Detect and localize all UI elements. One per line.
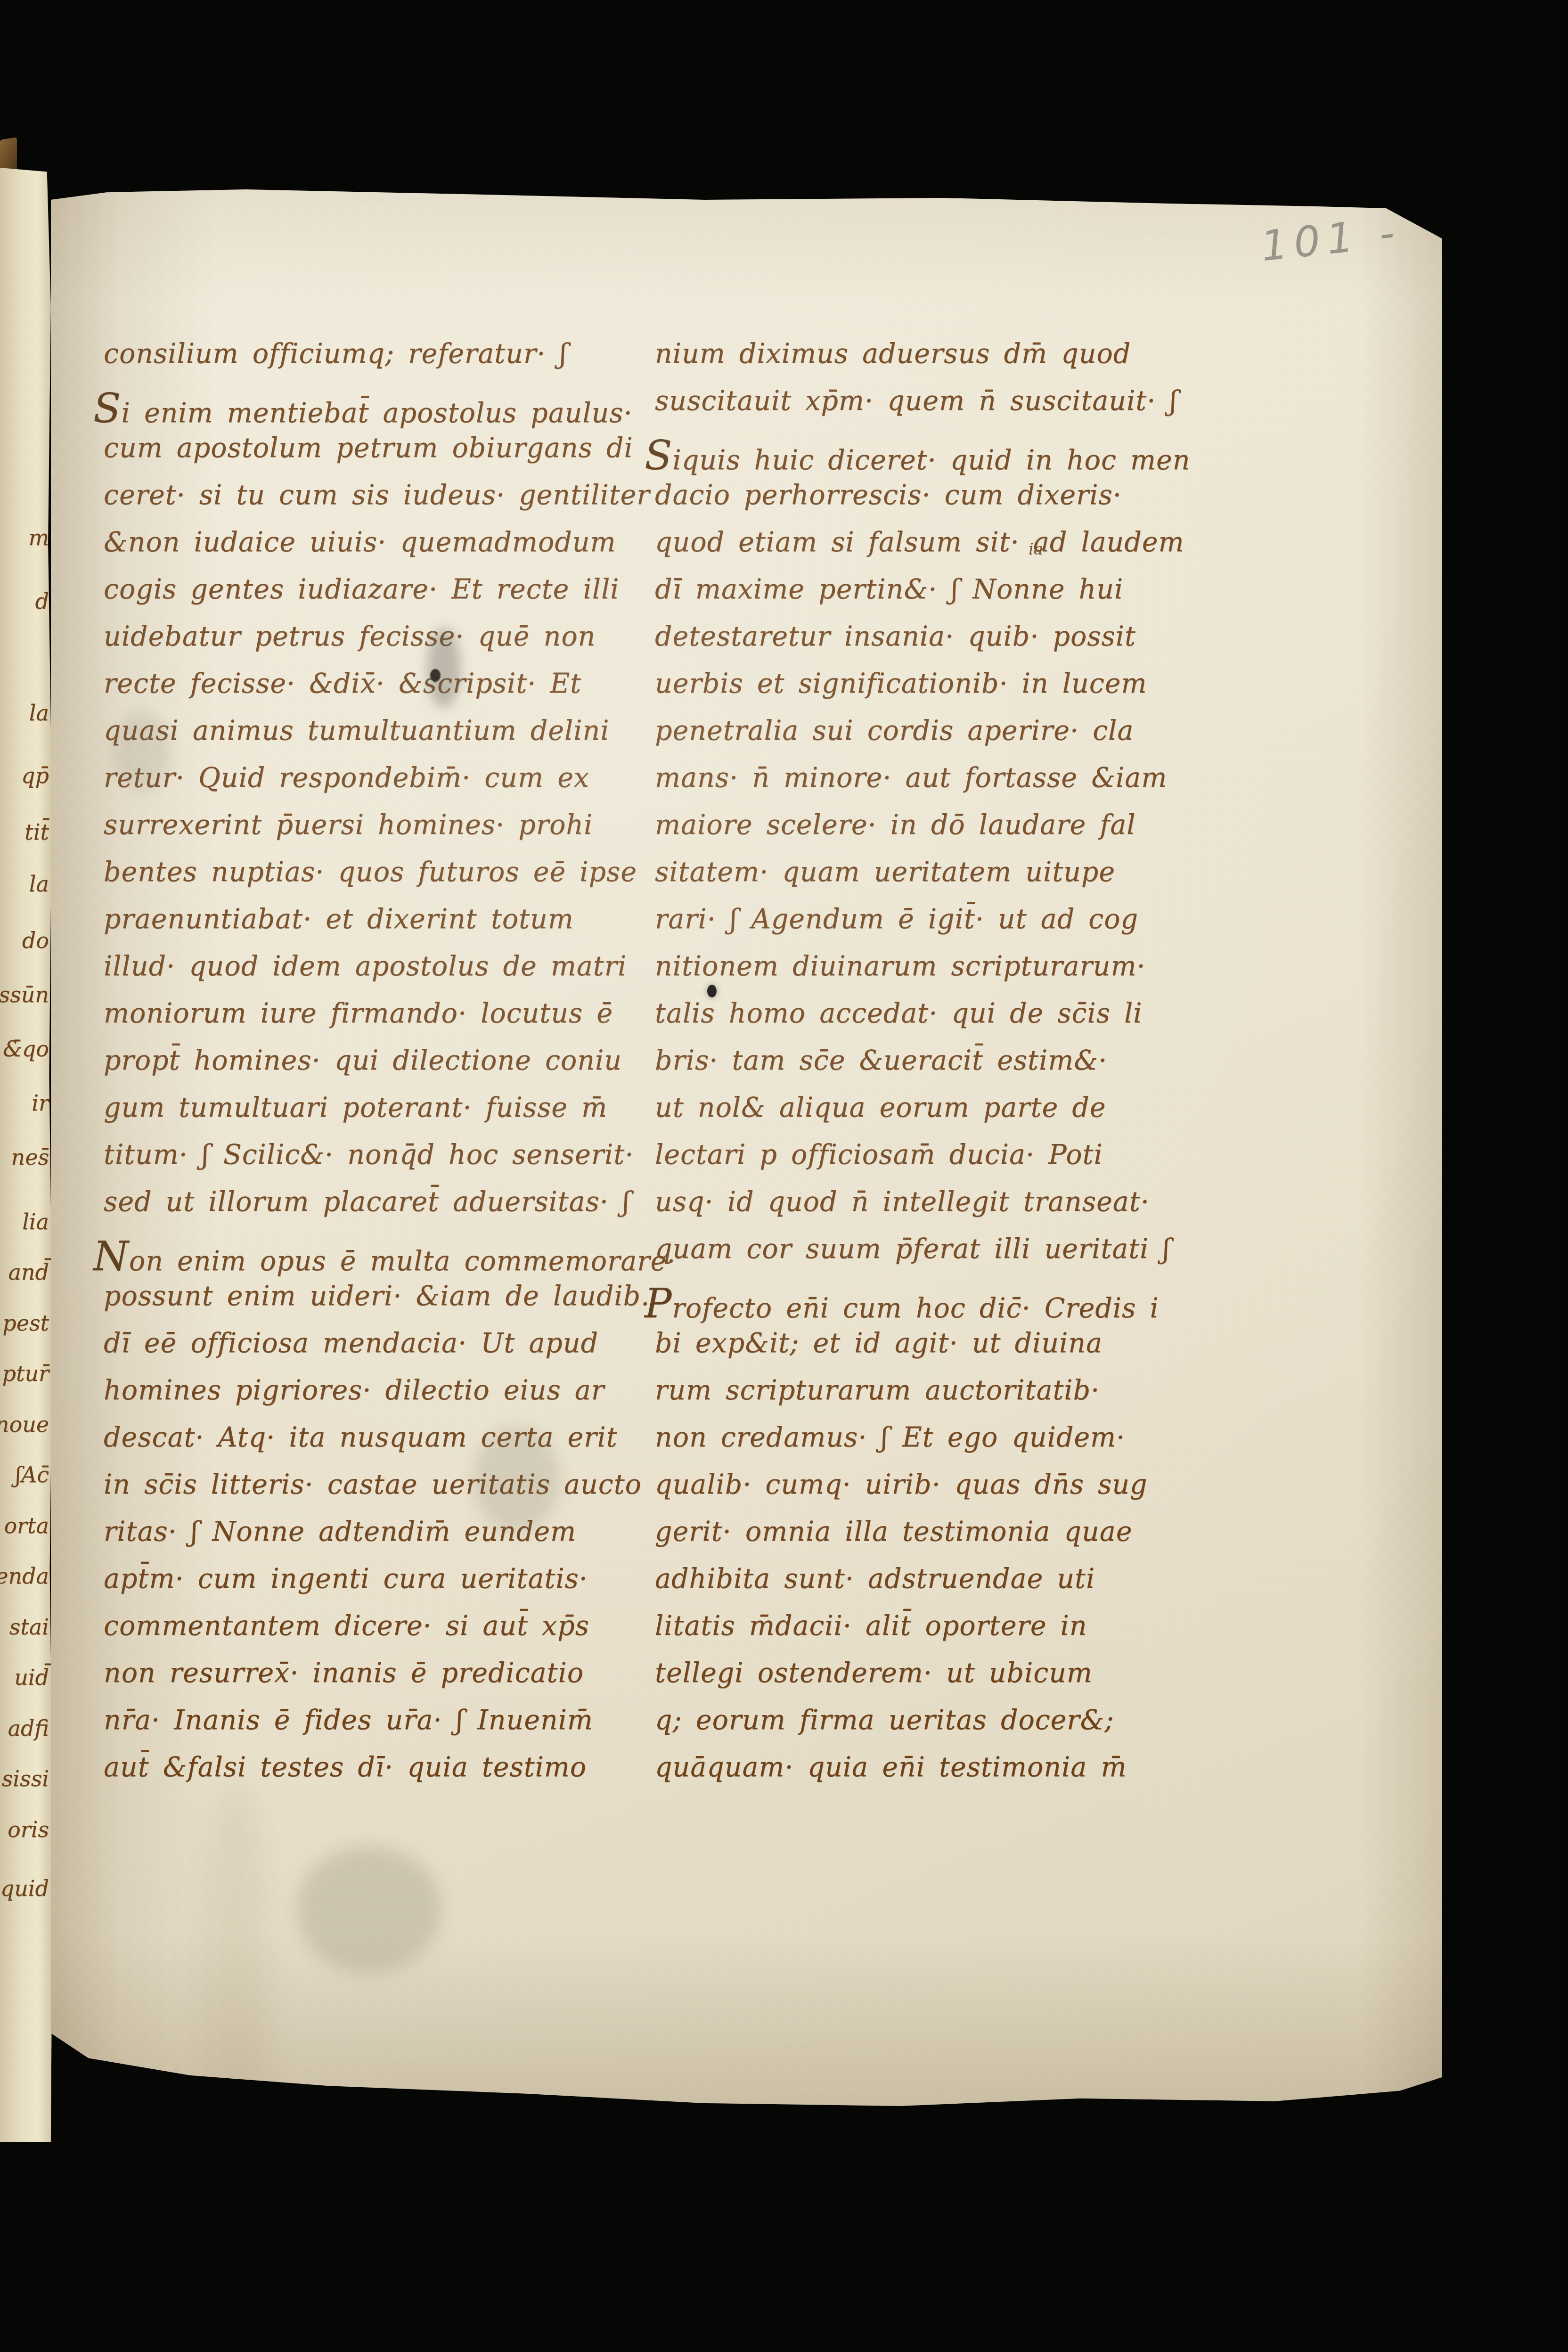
- margin-fragment: lia: [22, 1209, 49, 1234]
- text-line: non resurrex̄· inanis ē predicatio: [104, 1658, 624, 1705]
- margin-fragment: pest: [2, 1310, 49, 1336]
- text-line: illud· quod idem apostolus de matri: [104, 951, 624, 998]
- text-line: quasi animus tumultuantium delini: [104, 715, 624, 762]
- text-line: commentantem dicere· si aut̄ xp̄s: [104, 1610, 624, 1658]
- text-line: Si enim mentiebat̄ apostolus paulus·: [104, 385, 624, 433]
- margin-fragment: adfi: [8, 1715, 49, 1741]
- margin-fragment: ssūn: [0, 982, 49, 1007]
- margin-fragment: la: [29, 700, 49, 726]
- text-line: quod etiam si falsum sit· ad laudem: [655, 527, 1201, 574]
- text-line: quam cor suum p̄ferat illi ueritati ʃ: [655, 1233, 1201, 1281]
- stain: [199, 1780, 270, 2213]
- text-line: penetralia sui cordis aperire· cla: [655, 715, 1201, 762]
- text-line: tellegi ostenderem· ut ubicum: [655, 1658, 1201, 1705]
- margin-fragment: orta: [4, 1513, 49, 1538]
- margin-fragment: oris: [8, 1817, 49, 1842]
- parchment-hole: [707, 985, 717, 997]
- text-line: maiore scelere· in dō laudare fal: [655, 809, 1201, 857]
- text-line: Non enim opus ē multa commemorare·: [104, 1233, 624, 1281]
- text-line: aut̄ &falsi testes dī· quia testimo: [104, 1752, 624, 1799]
- margin-fragment: stai: [9, 1614, 49, 1640]
- text-line: recte fecisse· &dix̄· &scripsit· Et: [104, 668, 624, 715]
- text-line: litatis m̄dacii· alit̄ oportere in: [655, 1610, 1201, 1658]
- text-line: uerbis et significationib· in lucem: [655, 668, 1201, 715]
- text-line: consilium officiumq; referatur· ʃ: [104, 338, 624, 385]
- stain: [473, 1427, 560, 1533]
- text-line: Siquis huic diceret· quid in hoc men: [655, 433, 1201, 480]
- margin-fragment: ptur̄: [2, 1361, 49, 1386]
- manuscript-page: 101 - consilium officiumq; referatur· ʃS…: [51, 188, 1442, 2106]
- margin-fragment: d: [35, 588, 49, 614]
- folio-number: 101 -: [1258, 208, 1403, 271]
- text-line: adhibita sunt· adstruendae uti: [655, 1563, 1201, 1610]
- interlinear-gloss: ia: [1029, 540, 1043, 559]
- text-line: nium diximus aduersus dm̄ quod: [655, 338, 1201, 385]
- ink-smear: [427, 628, 461, 708]
- text-line: nitionem diuinarum scripturarum·: [655, 951, 1201, 998]
- margin-fragment: ir: [32, 1090, 49, 1116]
- text-line: ceret· si tu cum sis iudeus· gentiliter: [104, 480, 624, 527]
- margin-fragment: do: [22, 928, 49, 953]
- margin-fragment: quid: [0, 1876, 49, 1901]
- text-line: ritas· ʃ Nonne adtendim̄ eundem: [104, 1516, 624, 1563]
- text-line: uidebatur petrus fecisse· quē non: [104, 621, 624, 668]
- margin-fragment: tit̄: [24, 819, 49, 845]
- margin-fragment: uid̄: [14, 1665, 49, 1690]
- text-line: gum tumultuari poterant· fuisse m̄: [104, 1092, 624, 1139]
- text-line: bris· tam sc̄e &ueracit̄ estim&·: [655, 1045, 1201, 1092]
- text-line: mans· n̄ minore· aut fortasse &iam: [655, 762, 1201, 809]
- text-line: &non iudaice uiuis· quemadmodum: [104, 527, 624, 574]
- margin-fragment: noue: [0, 1412, 49, 1437]
- text-line: praenuntiabat· et dixerint totum: [104, 904, 624, 951]
- text-line: titum· ʃ Scilic&· nonq̄d hoc senserit·: [104, 1139, 624, 1186]
- text-line: Profecto en̄i cum hoc dic̄· Credis i: [655, 1281, 1201, 1328]
- stain: [112, 713, 171, 791]
- text-line: moniorum iure firmando· locutus ē: [104, 998, 624, 1045]
- text-line: bentes nuptias· quos futuros eē ipse: [104, 857, 624, 904]
- text-line: surrexerint p̄uersi homines· prohi: [104, 809, 624, 857]
- margin-fragment: m: [28, 525, 49, 550]
- margin-fragment: la: [29, 871, 49, 897]
- text-line: dacio perhorrescis· cum dixeris·: [655, 480, 1201, 527]
- stain: [296, 1846, 442, 1973]
- text-line: bi exp&it; et id agit· ut diuina: [655, 1328, 1201, 1375]
- text-line: homines pigriores· dilectio eius ar: [104, 1375, 624, 1422]
- text-line: usq· id quod n̄ intellegit transeat·: [655, 1186, 1201, 1233]
- text-line: cum apostolum petrum obiurgans di: [104, 433, 624, 480]
- margin-fragment: nes̄: [11, 1144, 49, 1170]
- facing-folio-edge: mdlaqp̄tit̄ladossūn&̄qoirnes̄liaand̄pest…: [0, 168, 55, 2142]
- text-line: cogis gentes iudiazare· Et recte illi: [104, 574, 624, 621]
- text-line: sitatem· quam ueritatem uitupe: [655, 857, 1201, 904]
- text-line: non credamus· ʃ Et ego quidem·: [655, 1422, 1201, 1469]
- text-line: apt̄m· cum ingenti cura ueritatis·: [104, 1563, 624, 1610]
- text-line: dī eē officiosa mendacia· Ut apud: [104, 1328, 624, 1375]
- ink-blot: [430, 669, 441, 682]
- margin-fragment: ʃAc̄: [16, 1462, 49, 1487]
- margin-fragment: enda: [0, 1563, 49, 1589]
- margin-fragment: qp̄: [21, 763, 49, 788]
- text-line: qualib· cumq· uirib· quas dn̄s sug: [655, 1469, 1201, 1516]
- text-line: possunt enim uideri· &iam de laudib.: [104, 1281, 624, 1328]
- margin-fragment: sissi: [2, 1766, 49, 1791]
- text-line: ut nol& aliqua eorum parte de: [655, 1092, 1201, 1139]
- text-line: rum scripturarum auctoritatib·: [655, 1375, 1201, 1422]
- text-line: rari· ʃ Agendum ē igit̄· ut ad cog: [655, 904, 1201, 951]
- margin-fragment: &̄qo: [3, 1036, 49, 1062]
- text-line: talis homo accedat· qui de sc̄is li: [655, 998, 1201, 1045]
- text-line: gerit· omnia illa testimonia quae: [655, 1516, 1201, 1563]
- text-column-right: nium diximus aduersus dm̄ quodsuscitauit…: [655, 338, 1201, 1799]
- text-column-left: consilium officiumq; referatur· ʃSi enim…: [104, 338, 624, 1799]
- text-line: nr̄a· Inanis ē fides ur̄a· ʃ Inuenim̄: [104, 1705, 624, 1752]
- text-line: q; eorum firma ueritas docer&;: [655, 1705, 1201, 1752]
- margin-fragment: and̄: [8, 1259, 49, 1285]
- text-line: lectari p officiosam̄ ducia· Poti: [655, 1139, 1201, 1186]
- text-line: propt̄ homines· qui dilectione coniu: [104, 1045, 624, 1092]
- text-line: quāquam· quia en̄i testimonia m̄: [655, 1752, 1201, 1799]
- manuscript-photo: mdlaqp̄tit̄ladossūn&̄qoirnes̄liaand̄pest…: [0, 0, 1568, 2352]
- text-line: retur· Quid respondebim̄· cum ex: [104, 762, 624, 809]
- text-line: sed ut illorum placaret̄ aduersitas· ʃ: [104, 1186, 624, 1233]
- text-line: detestaretur insania· quib· possit: [655, 621, 1201, 668]
- text-line: suscitauit xp̄m· quem n̄ suscitauit· ʃ: [655, 385, 1201, 433]
- text-line: dī maxime pertin&· ʃ Nonne hui: [655, 574, 1201, 621]
